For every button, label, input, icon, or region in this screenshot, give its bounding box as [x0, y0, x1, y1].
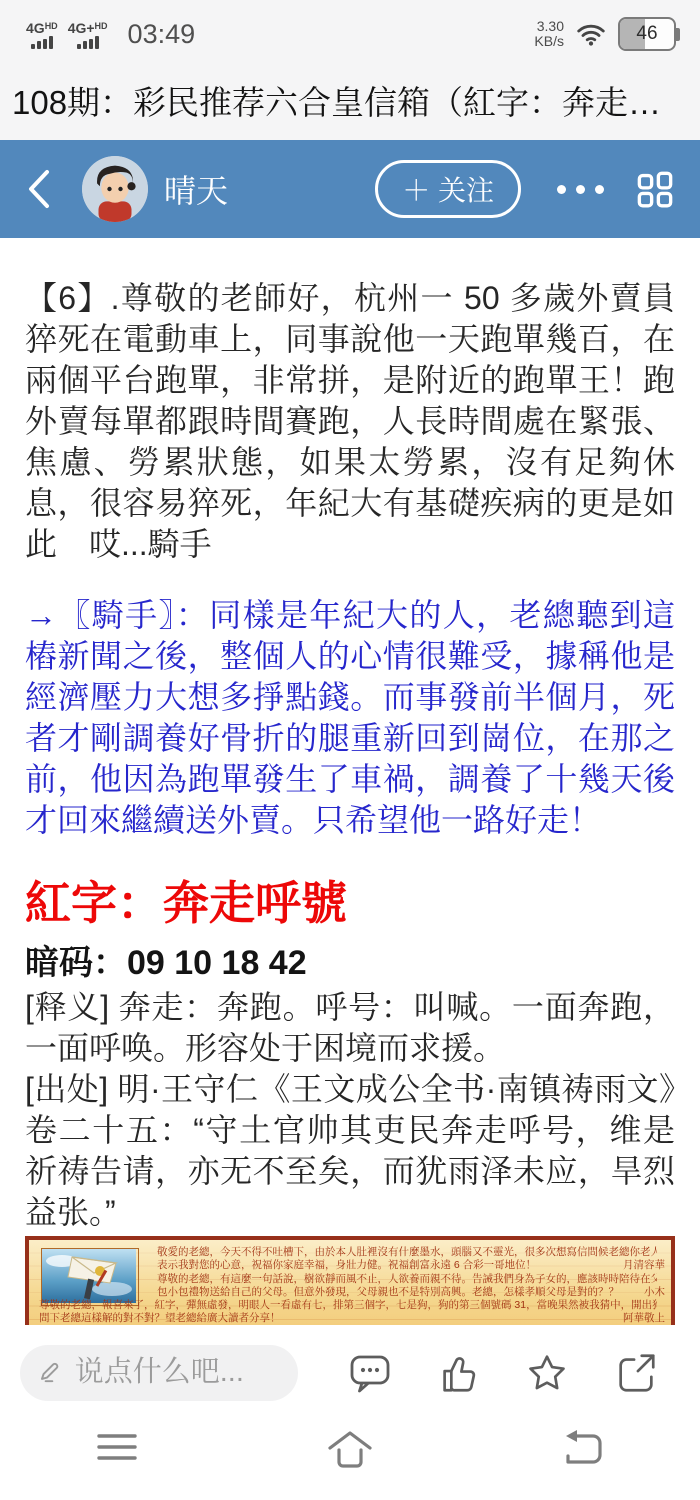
letter-line: 尊敬的老總，報喜來了，紅字，彈無虛發，明眼人一看虛有七，排第三個字，七是狗，狗的… — [39, 1299, 665, 1312]
comment-input-pill[interactable] — [20, 1345, 298, 1401]
nav-back-button[interactable] — [467, 1428, 700, 1470]
phone-screen: 4GHD 4G+HD 03:49 3.30 KB/s — [0, 0, 700, 1500]
letter-line: 敬愛的老總，今天不得不吐槽下，由於本人肚裡沒有什麼墨水，頭腦又不靈光，很多次想寫… — [39, 1246, 665, 1259]
article-paragraph-reply: →〖騎手〗：同樣是年紀大的人，老總聽到這樁新聞之後，整個人的心情很難受，據稱他是… — [25, 595, 675, 841]
network-type-1: 4G — [26, 20, 45, 36]
avatar-image — [82, 156, 148, 222]
source-paragraph: [出处] 明·王守仁《王文成公全书·南镇祷雨文》卷二十五：“守土官帅其吏民奔走呼… — [25, 1069, 675, 1233]
status-time: 03:49 — [128, 19, 196, 50]
letter-line: 問下老總這樣解的對不對？望老總給廣大讀者分享！阿華敬上 — [39, 1312, 665, 1325]
favorite-star-icon[interactable] — [524, 1350, 570, 1396]
network-speed: 3.30 KB/s — [534, 19, 564, 49]
return-arrow-icon — [559, 1428, 607, 1470]
network-type-2: 4G+ — [68, 20, 95, 36]
secret-code-line: 暗码：09 10 18 42 — [25, 941, 675, 985]
app-header: 晴天 ＋ 关注 — [0, 140, 700, 238]
back-button[interactable] — [26, 167, 56, 211]
avatar[interactable] — [82, 156, 148, 222]
follow-button[interactable]: ＋ 关注 — [375, 160, 521, 218]
letter-line: 包小包禮物送給自己的父母。但意外發現，父母親也不是特別高興。老總，怎樣孝順父母是… — [39, 1286, 665, 1299]
home-icon — [325, 1428, 375, 1472]
comment-input[interactable] — [73, 1355, 282, 1390]
menu-icon — [94, 1428, 140, 1468]
page-title: 108期：彩民推荐六合皇信箱（紅字：奔走… — [0, 60, 700, 140]
system-nav-bar — [0, 1420, 700, 1500]
network-hd-2: HD — [95, 21, 108, 31]
letter-line: 表示我對您的心意，祝福你家庭幸福，身壯力健。祝福創富永遠 6 合彩一哥地位！月清… — [39, 1259, 665, 1272]
signal-sim2: 4G+HD — [68, 20, 108, 49]
wifi-icon — [574, 19, 608, 49]
definition-paragraph: [释义] 奔走：奔跑。呼号：叫喊。一面奔跑，一面呼唤。形容处于困境而求援。 — [25, 987, 675, 1069]
share-icon[interactable] — [613, 1350, 659, 1396]
article-paragraph-question: 【6】.尊敬的老師好，杭州一 50 多歲外賣員猝死在電動車上，同事說他一天跑單幾… — [25, 278, 675, 565]
battery-icon: 46 — [618, 17, 680, 51]
code-label: 暗码： — [25, 944, 127, 982]
comment-icon[interactable] — [347, 1350, 393, 1396]
signal-sim1: 4GHD — [26, 20, 58, 49]
pencil-icon — [36, 1357, 63, 1389]
status-bar: 4GHD 4G+HD 03:49 3.30 KB/s — [0, 0, 700, 60]
nav-menu-button[interactable] — [0, 1428, 233, 1468]
red-word-heading: 紅字：奔走呼號 — [25, 875, 675, 931]
network-hd-1: HD — [45, 21, 58, 31]
multiwindow-icon[interactable] — [636, 170, 674, 208]
comment-bar — [0, 1325, 700, 1420]
nav-home-button[interactable] — [233, 1428, 466, 1472]
signal-bars-icon — [77, 36, 99, 49]
username[interactable]: 晴天 — [164, 166, 228, 212]
letter-line: 尊敬的老總，有這麼一句話說，樹欲靜而風不止，人欲養而親不待。告誡我們身為子女的，… — [39, 1273, 665, 1286]
more-options-icon[interactable] — [557, 185, 604, 194]
letter-scan-image[interactable]: 敬愛的老總，今天不得不吐槽下，由於本人肚裡沒有什麼墨水，頭腦又不靈光，很多次想寫… — [25, 1236, 675, 1325]
article-content: 【6】.尊敬的老師好，杭州一 50 多歲外賣員猝死在電動車上，同事說他一天跑單幾… — [0, 238, 700, 1325]
like-icon[interactable] — [436, 1350, 482, 1396]
signal-bars-icon — [31, 36, 53, 49]
battery-percent: 46 — [636, 23, 657, 45]
chevron-left-icon — [26, 168, 52, 210]
code-numbers: 09 10 18 42 — [127, 944, 307, 982]
